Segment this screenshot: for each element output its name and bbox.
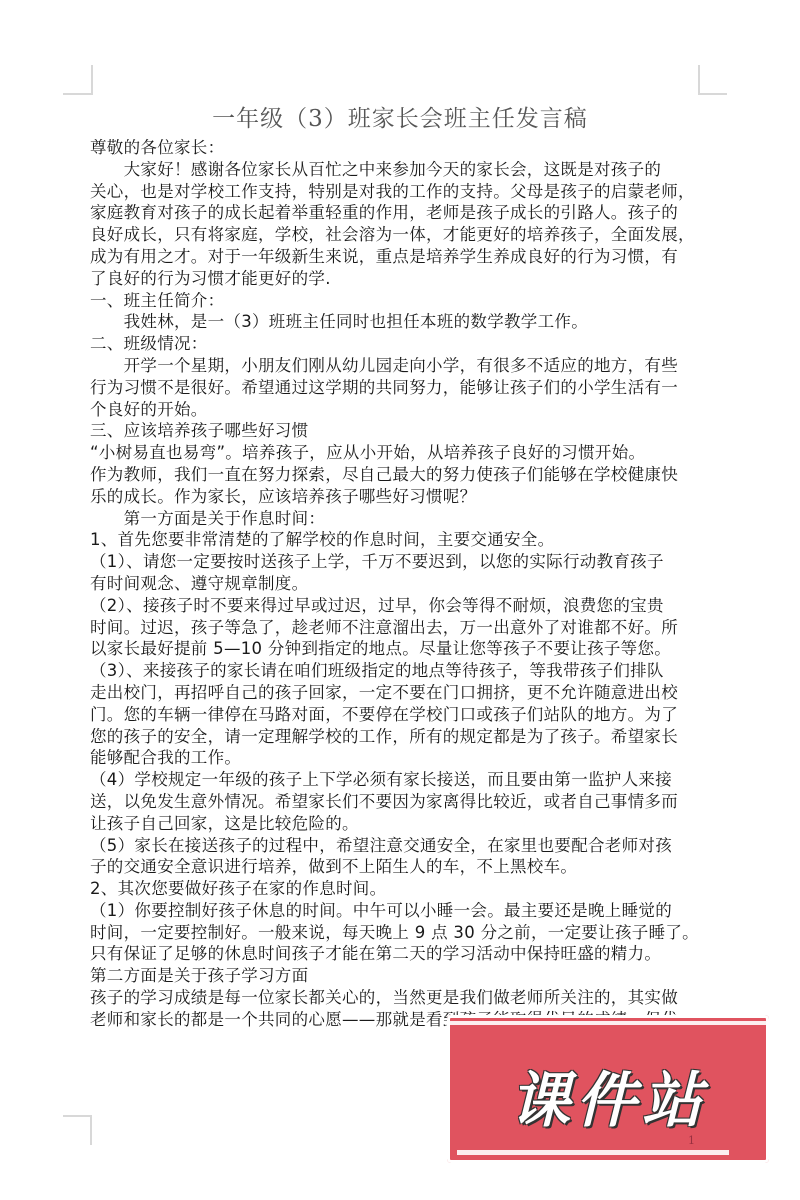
text-line: 您的孩子的安全，请一定理解学校的工作，所有的规定都是为了孩子。希望家长 — [90, 726, 710, 748]
document-title: 一年级（3）班家长会班主任发言稿 — [0, 100, 800, 133]
text-line: 第一方面是关于作息时间： — [90, 508, 710, 530]
text-line: 子的交通安全意识进行培养，做到不上陌生人的车，不上黑校车。 — [90, 856, 710, 878]
text-line: 家庭教育对孩子的成长起着举重轻重的作用，老师是孩子成长的引路人。孩子的 — [90, 202, 710, 224]
text-line: 1、首先您要非常清楚的了解学校的作息时间，主要交通安全。 — [90, 529, 710, 551]
text-line: 能够配合我的工作。 — [90, 747, 710, 769]
text-line: 了良好的行为习惯才能更好的学. — [90, 268, 710, 290]
text-line: 良好成长，只有将家庭，学校，社会溶为一体，才能更好的培养孩子，全面发展， — [90, 224, 710, 246]
text-line: （2）、接孩子时不要来得过早或过迟，过早，你会等得不耐烦，浪费您的宝贵 — [90, 595, 710, 617]
text-line: 关心，也是对学校工作支持，特别是对我的工作的支持。父母是孩子的启蒙老师， — [90, 181, 710, 203]
text-line: 时间，一定要控制好。一般来说，每天晚上 9 点 30 分之前，一定要让孩子睡了。 — [90, 922, 710, 944]
text-line: 尊敬的各位家长： — [90, 137, 710, 159]
text-line: 开学一个星期，小朋友们刚从幼儿园走向小学，有很多不适应的地方，有些 — [90, 355, 710, 377]
text-line: 成为有用之才。对于一年级新生来说，重点是培养学生养成良好的行为习惯，有 — [90, 246, 710, 268]
text-line: 走出校门，再招呼自己的孩子回家，一定不要在门口拥挤，更不允许随意进出校 — [90, 682, 710, 704]
text-line: “小树易直也易弯”。培养孩子，应从小开始，从培养孩子良好的习惯开始。 — [90, 442, 710, 464]
text-line: 以家长最好提前 5—10 分钟到指定的地点。尽量让您等孩子不要让孩子等您。 — [90, 638, 710, 660]
text-line: 有时间观念、遵守规章制度。 — [90, 573, 710, 595]
text-line: （4）学校规定一年级的孩子上下学必须有家长接送，而且要由第一监护人来接 — [90, 769, 710, 791]
text-line: 第二方面是关于孩子学习方面 — [90, 965, 710, 987]
watermark-text: 课件站 — [469, 1053, 749, 1139]
page-corner-mark-top-left — [63, 65, 93, 95]
text-line: 只有保证了足够的休息时间孩子才能在第二天的学习活动中保持旺盛的精力。 — [90, 943, 710, 965]
document-body: 尊敬的各位家长： 大家好！感谢各位家长从百忙之中来参加今天的家长会，这既是对孩子… — [90, 137, 710, 1031]
page-corner-mark-bottom-left — [63, 1115, 92, 1145]
text-line: （5）家长在接送孩子的过程中，希望注意交通安全，在家里也要配合老师对孩 — [90, 835, 710, 857]
text-line: 个良好的开始。 — [90, 399, 710, 421]
text-line: （1）、请您一定要按时送孩子上学，千万不要迟到，以您的实际行动教育孩子 — [90, 551, 710, 573]
text-line: （3）、来接孩子的家长请在咱们班级指定的地点等待孩子，等我带孩子们排队 — [90, 660, 710, 682]
page-corner-mark-top-right — [698, 65, 727, 95]
text-line: 门。您的车辆一律停在马路对面，不要停在学校门口或孩子们站队的地方。为了 — [90, 704, 710, 726]
watermark-stamp: 课件站 — [447, 1015, 769, 1163]
text-line: 送，以免发生意外情况。希望家长们不要因为家离得比较近，或者自己事情多而 — [90, 791, 710, 813]
text-line: 时间。过迟，孩子等急了，趁老师不注意溜出去，万一出意外了对谁都不好。所 — [90, 617, 710, 639]
text-line: （1）你要控制好孩子休息的时间。中午可以小睡一会。最主要还是晚上睡觉的 — [90, 900, 710, 922]
text-line: 大家好！感谢各位家长从百忙之中来参加今天的家长会，这既是对孩子的 — [90, 159, 710, 181]
text-line: 让孩子自己回家，这是比较危险的。 — [90, 813, 710, 835]
text-line: 一、班主任简介： — [90, 290, 710, 312]
text-line: 2、其次您要做好孩子在家的作息时间。 — [90, 878, 710, 900]
page-number: 1 — [688, 1134, 695, 1147]
text-line: 三、应该培养孩子哪些好习惯 — [90, 420, 710, 442]
text-line: 乐的成长。作为家长，应该培养孩子哪些好习惯呢？ — [90, 486, 710, 508]
text-line: 二、班级情况： — [90, 333, 710, 355]
text-line: 行为习惯不是很好。希望通过这学期的共同努力，能够让孩子们的小学生活有一 — [90, 377, 710, 399]
text-line: 孩子的学习成绩是每一位家长都关心的，当然更是我们做老师所关注的，其实做 — [90, 987, 710, 1009]
text-line: 我姓林，是一（3）班班主任同时也担任本班的数学教学工作。 — [90, 311, 710, 333]
text-line: 作为教师，我们一直在努力探索，尽自己最大的努力使孩子们能够在学校健康快 — [90, 464, 710, 486]
